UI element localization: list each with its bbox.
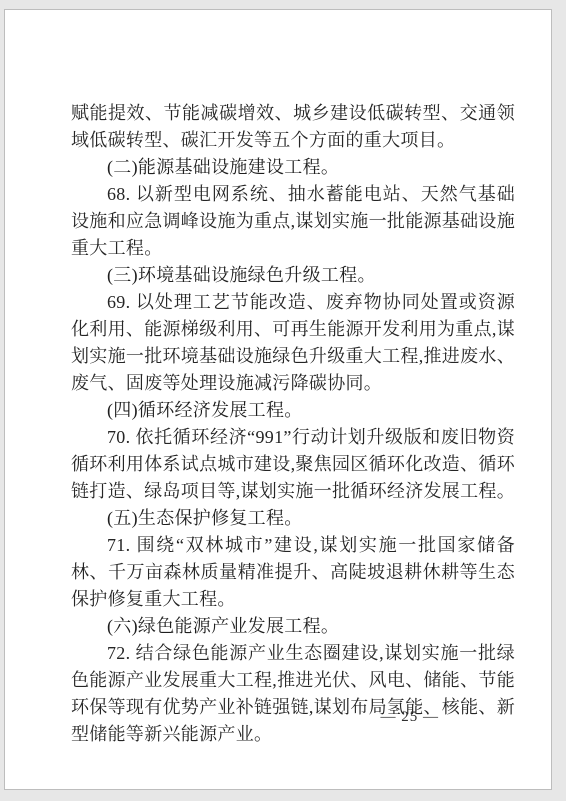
paragraph-item-72: 72. 结合绿色能源产业生态圈建设,谋划实施一批绿色能源产业发展重大工程,推进光… (71, 640, 515, 748)
paragraph-item-71: 71. 围绕“双林城市”建设,谋划实施一批国家储备林、千万亩森林质量精准提升、高… (71, 532, 515, 613)
subheading-section-6: (六)绿色能源产业发展工程。 (71, 613, 515, 640)
subheading-section-5: (五)生态保护修复工程。 (71, 505, 515, 532)
paragraph-continuation: 赋能提效、节能减碳增效、城乡建设低碳转型、交通领域低碳转型、碳汇开发等五个方面的… (71, 100, 515, 154)
subheading-section-3: (三)环境基础设施绿色升级工程。 (71, 262, 515, 289)
paragraph-item-68: 68. 以新型电网系统、抽水蓄能电站、天然气基础设施和应急调峰设施为重点,谋划实… (71, 181, 515, 262)
paragraph-item-70: 70. 依托循环经济“991”行动计划升级版和废旧物资循环利用体系试点城市建设,… (71, 424, 515, 505)
document-page: 赋能提效、节能减碳增效、城乡建设低碳转型、交通领域低碳转型、碳汇开发等五个方面的… (4, 9, 552, 790)
pdf-viewer-background: 赋能提效、节能减碳增效、城乡建设低碳转型、交通领域低碳转型、碳汇开发等五个方面的… (0, 0, 566, 801)
page-number: — 25 — (381, 709, 440, 726)
subheading-section-2: (二)能源基础设施建设工程。 (71, 154, 515, 181)
paragraph-item-69: 69. 以处理工艺节能改造、废弃物协同处置或资源化利用、能源梯级利用、可再生能源… (71, 289, 515, 397)
document-text-block: 赋能提效、节能减碳增效、城乡建设低碳转型、交通领域低碳转型、碳汇开发等五个方面的… (71, 100, 515, 748)
subheading-section-4: (四)循环经济发展工程。 (71, 397, 515, 424)
